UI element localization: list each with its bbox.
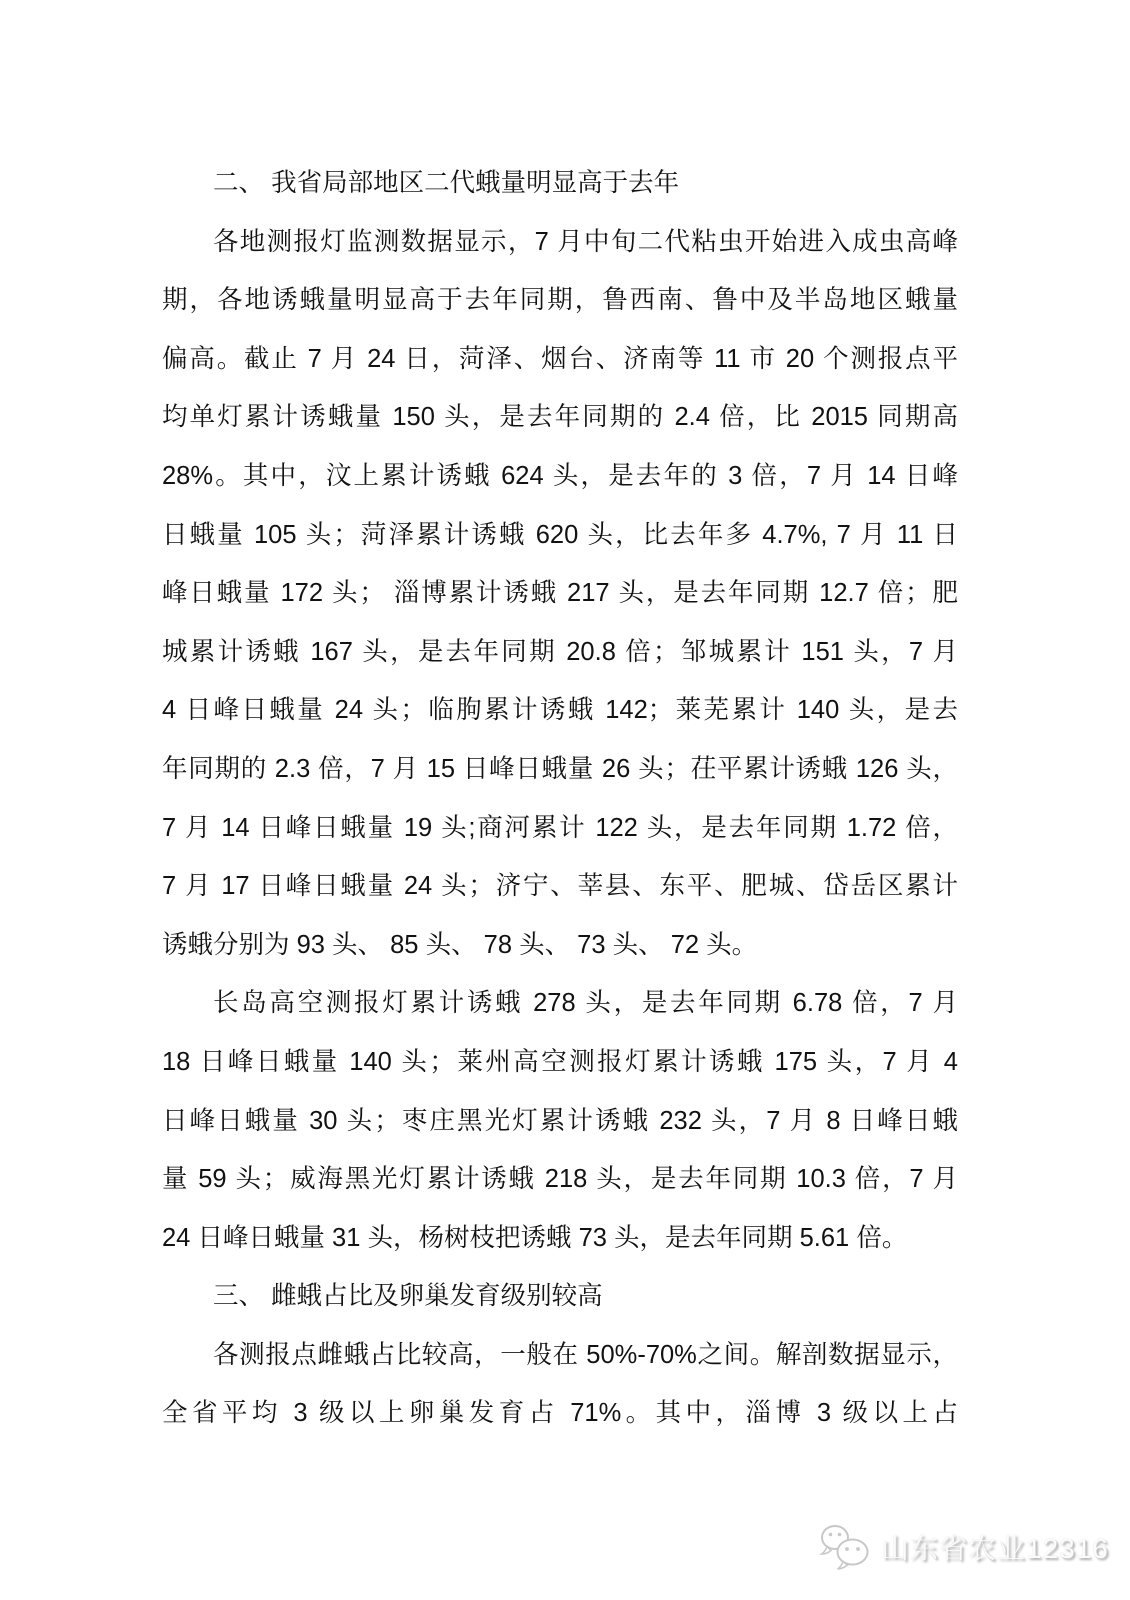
section-heading: 二、 我省局部地区二代蛾量明显高于去年	[162, 154, 958, 213]
body-line: 长岛高空测报灯累计诱蛾 278 头，是去年同期 6.78 倍，7 月	[162, 974, 958, 1033]
body-line: 7 月 17 日峰日蛾量 24 头；济宁、莘县、东平、肥城、岱岳区累计	[162, 857, 958, 916]
body-line: 量 59 头；威海黑光灯累计诱蛾 218 头，是去年同期 10.3 倍，7 月	[162, 1150, 958, 1209]
body-line: 峰日蛾量 172 头； 淄博累计诱蛾 217 头，是去年同期 12.7 倍；肥	[162, 564, 958, 623]
wechat-icon	[818, 1523, 872, 1571]
document-text: 二、 我省局部地区二代蛾量明显高于去年各地测报灯监测数据显示，7 月中旬二代粘虫…	[162, 154, 958, 1443]
body-line: 7 月 14 日峰日蛾量 19 头;商河累计 122 头，是去年同期 1.72 …	[162, 799, 958, 858]
body-line: 城累计诱蛾 167 头，是去年同期 20.8 倍；邹城累计 151 头，7 月	[162, 623, 958, 682]
body-line: 均单灯累计诱蛾量 150 头，是去年同期的 2.4 倍，比 2015 同期高	[162, 388, 958, 447]
section-heading: 三、 雌蛾占比及卵巢发育级别较高	[162, 1267, 958, 1326]
body-line: 各测报点雌蛾占比较高，一般在 50%-70%之间。解剖数据显示，	[162, 1326, 958, 1385]
body-line: 4 日峰日蛾量 24 头；临朐累计诱蛾 142；莱芜累计 140 头，是去	[162, 681, 958, 740]
body-line: 日蛾量 105 头；菏泽累计诱蛾 620 头，比去年多 4.7%, 7 月 11…	[162, 506, 958, 565]
body-line: 年同期的 2.3 倍，7 月 15 日峰日蛾量 26 头；茌平累计诱蛾 126 …	[162, 740, 958, 799]
body-line: 期，各地诱蛾量明显高于去年同期，鲁西南、鲁中及半岛地区蛾量	[162, 271, 958, 330]
watermark: 山东省农业12316	[818, 1518, 1109, 1576]
watermark-label: 山东省农业12316	[881, 1527, 1109, 1567]
document-page: 二、 我省局部地区二代蛾量明显高于去年各地测报灯监测数据显示，7 月中旬二代粘虫…	[0, 0, 1130, 1600]
body-line: 诱蛾分别为 93 头、 85 头、 78 头、 73 头、 72 头。	[162, 916, 958, 975]
body-line: 全省平均 3 级以上卵巢发育占 71%。其中，淄博 3 级以上占	[162, 1384, 958, 1443]
body-line: 18 日峰日蛾量 140 头；莱州高空测报灯累计诱蛾 175 头，7 月 4	[162, 1033, 958, 1092]
body-line: 日峰日蛾量 30 头；枣庄黑光灯累计诱蛾 232 头，7 月 8 日峰日蛾	[162, 1092, 958, 1151]
body-line: 28%。其中，汶上累计诱蛾 624 头，是去年的 3 倍，7 月 14 日峰	[162, 447, 958, 506]
body-line: 24 日峰日蛾量 31 头，杨树枝把诱蛾 73 头，是去年同期 5.61 倍。	[162, 1209, 958, 1268]
body-line: 偏高。截止 7 月 24 日，菏泽、烟台、济南等 11 市 20 个测报点平	[162, 330, 958, 389]
body-line: 各地测报灯监测数据显示，7 月中旬二代粘虫开始进入成虫高峰	[162, 213, 958, 272]
